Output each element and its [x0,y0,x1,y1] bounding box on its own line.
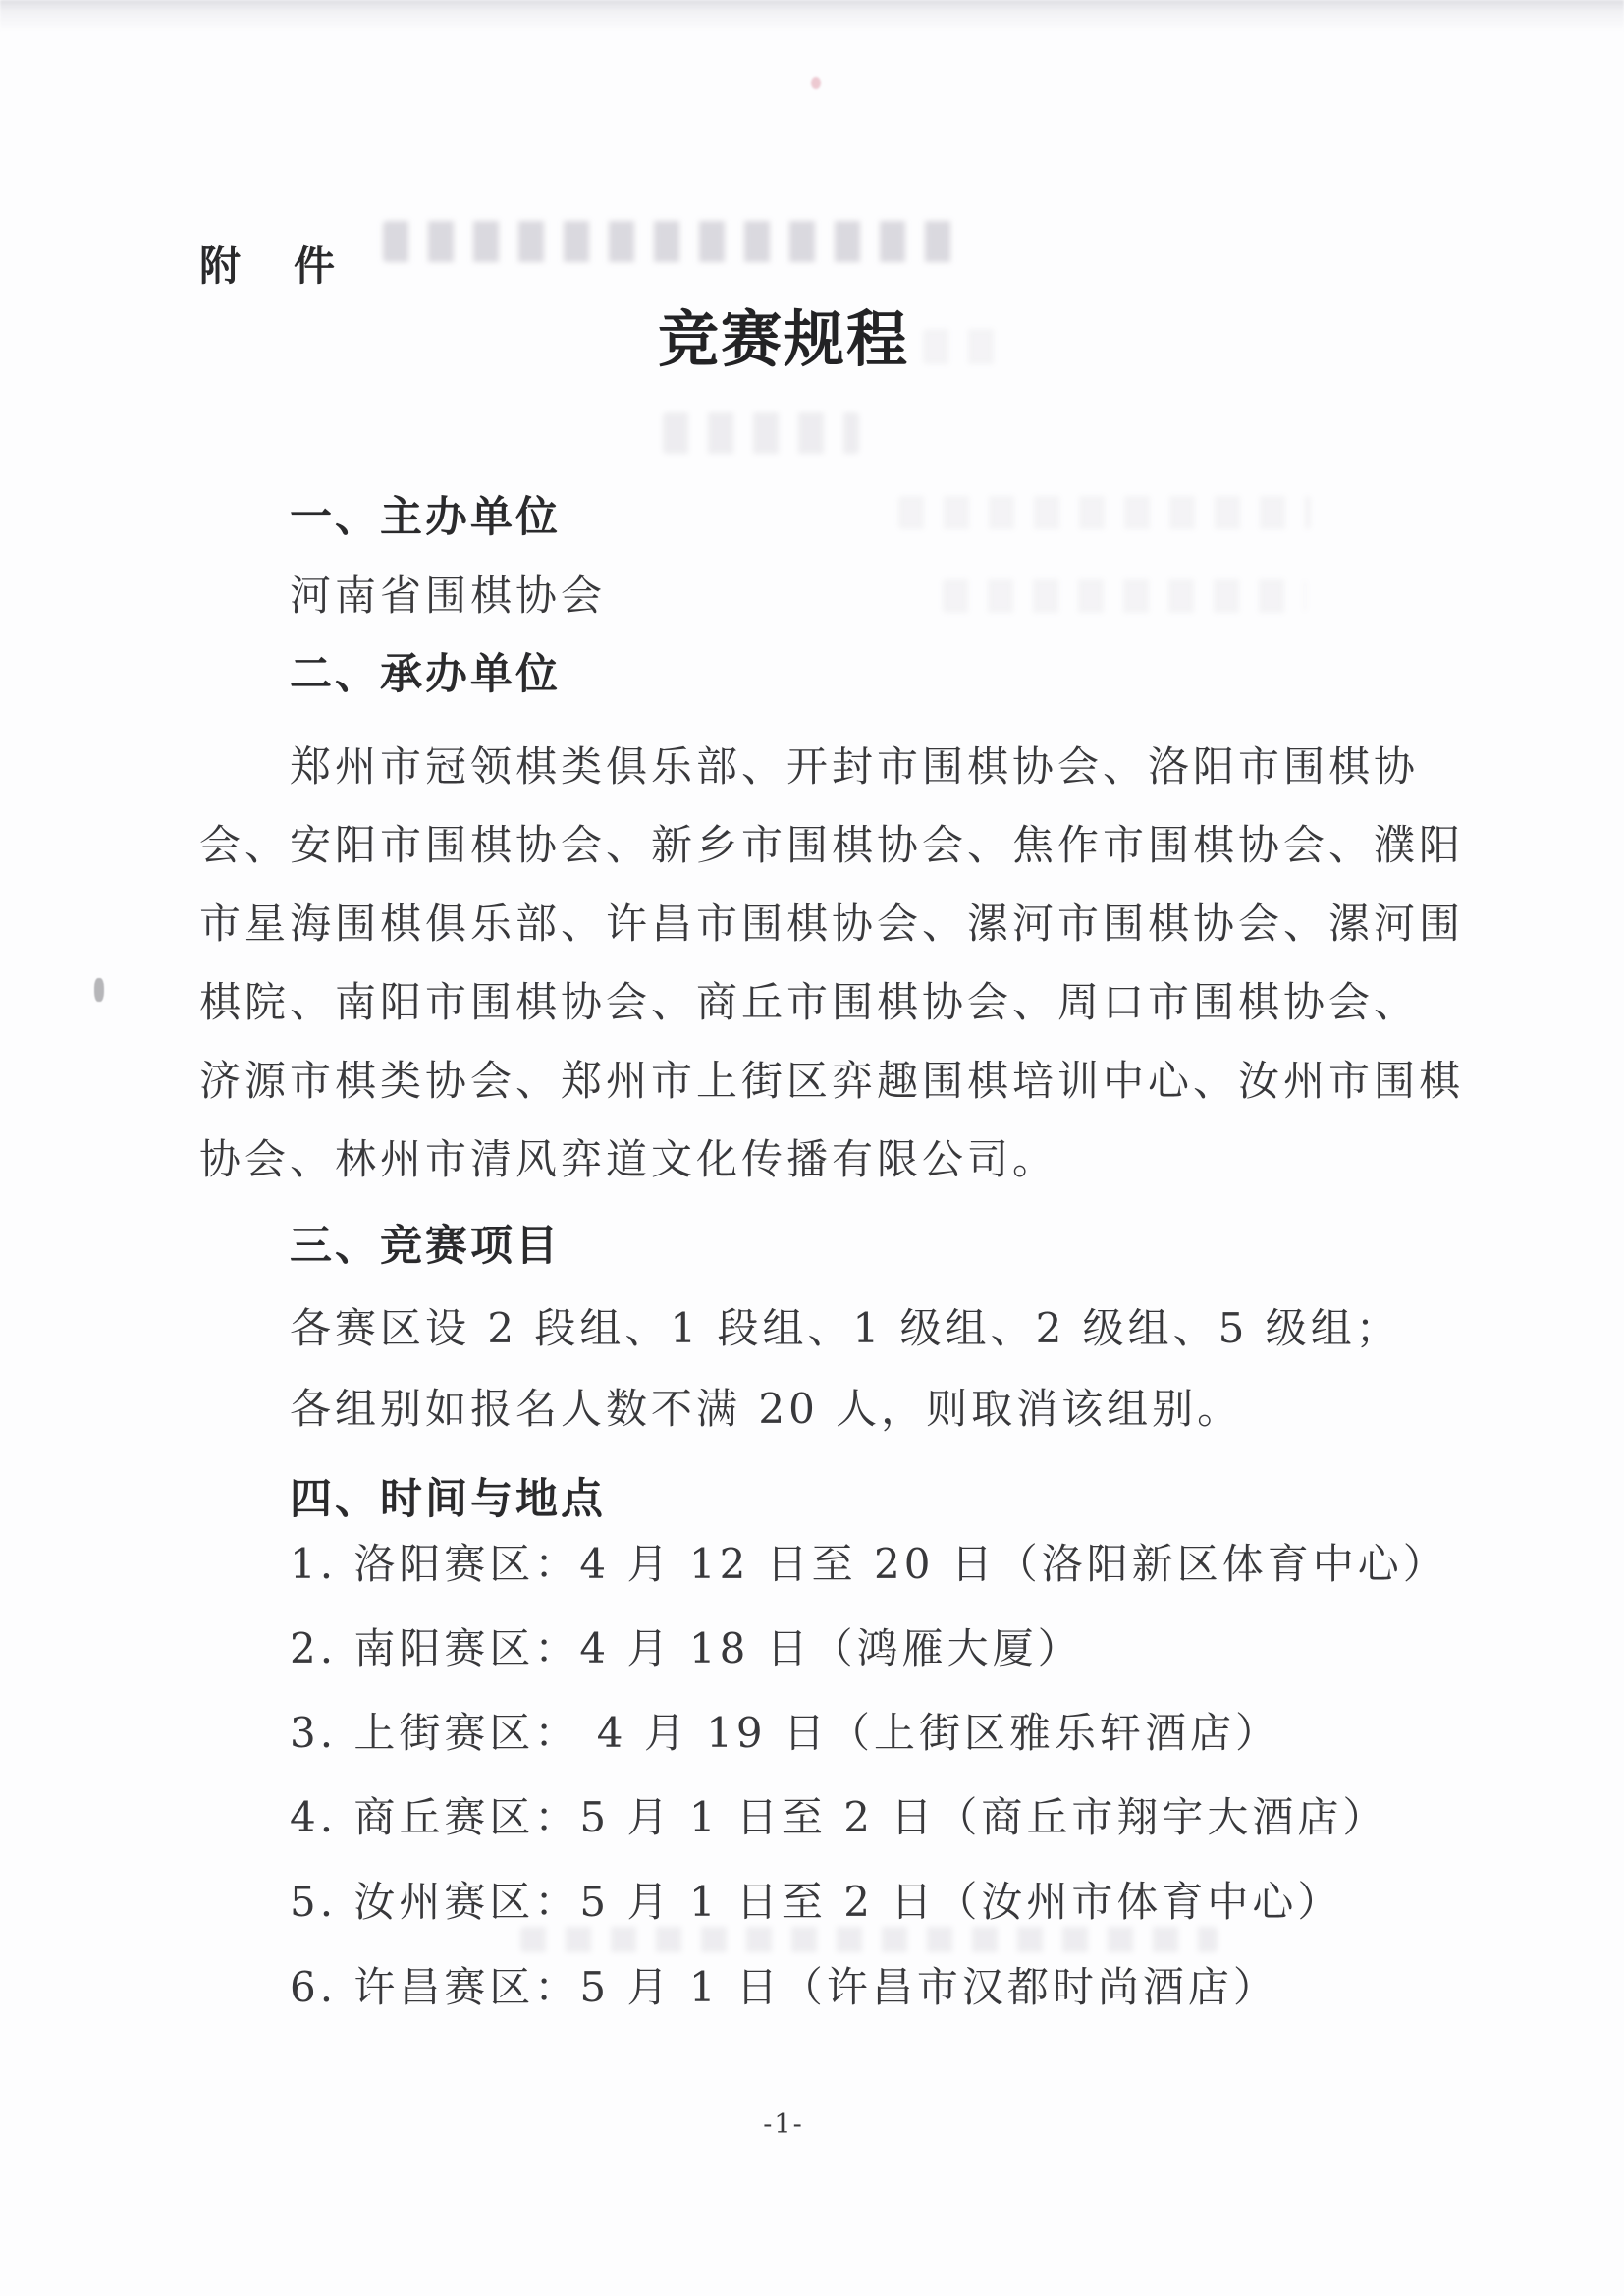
venue-item: 2. 南阳赛区：4 月 18 日（鸿雁大厦） [199,1626,1566,1671]
heading-organizer: 一、主办单位 [199,495,1566,541]
events-line: 各组别如报名人数不满 20 人，则取消该组别。 [199,1387,1566,1432]
red-speck-artifact [811,77,821,89]
events-line: 各赛区设 2 段组、1 段组、1 级组、2 级组、5 级组； [199,1306,1566,1351]
venue-item: 1. 洛阳赛区：4 月 12 日至 20 日（洛阳新区体育中心） [199,1542,1566,1587]
venue-item: 6. 许昌赛区：5 月 1 日（许昌市汉都时尚酒店） [199,1965,1566,2010]
host-units-line: 郑州市冠领棋类俱乐部、开封市围棋协会、洛阳市围棋协 [199,744,1566,790]
heading-host-units: 二、承办单位 [199,652,1566,698]
host-units-line: 市星海围棋俱乐部、许昌市围棋协会、漯河市围棋协会、漯河围 [199,902,1476,947]
page-number: -1- [199,2109,1368,2140]
host-units-line: 棋院、南阳市围棋协会、商丘市围棋协会、周口市围棋协会、 [199,980,1476,1025]
attachment-label: 附 件 [199,244,1476,289]
bleed-through-ghost [520,1927,1218,1952]
host-units-line: 协会、林州市清风弈道文化传播有限公司。 [199,1137,1476,1182]
venue-item: 3. 上街赛区： 4 月 19 日（上街区雅乐轩酒店） [199,1711,1566,1756]
venue-item: 4. 商丘赛区：5 月 1 日至 2 日（商丘市翔宇大酒店） [199,1795,1566,1840]
bleed-through-ghost [663,412,859,454]
host-units-line: 济源市棋类协会、郑州市上街区弈趣围棋培训中心、汝州市围棋 [199,1059,1476,1104]
scan-noise-band [0,0,1624,31]
scanned-page: 附 件 竞赛规程 一、主办单位 河南省围棋协会 二、承办单位 郑州市冠领棋类俱乐… [0,0,1624,2296]
organizer-name: 河南省围棋协会 [199,574,1566,619]
heading-time-venue: 四、时间与地点 [199,1477,1566,1523]
venue-item: 5. 汝州赛区：5 月 1 日至 2 日（汝州市体育中心） [199,1880,1566,1925]
heading-events: 三、竞赛项目 [199,1224,1566,1270]
edge-mark-artifact [94,978,104,1002]
host-units-line: 会、安阳市围棋协会、新乡市围棋协会、焦作市围棋协会、濮阳 [199,823,1476,868]
page-title: 竞赛规程 [199,306,1368,373]
